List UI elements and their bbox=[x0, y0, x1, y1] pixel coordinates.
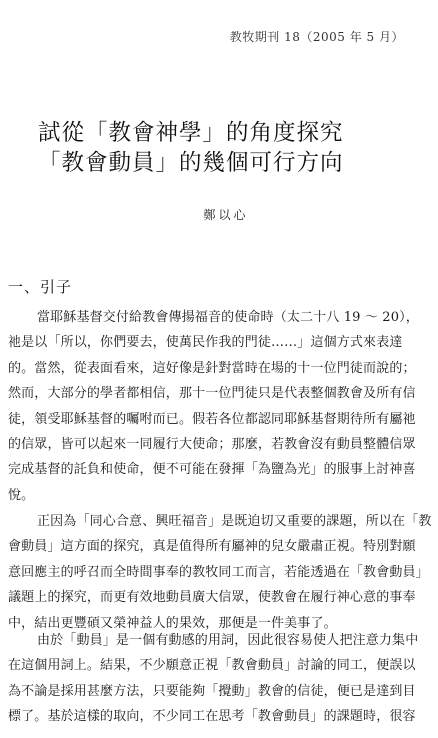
text-line: 當耶穌基督交付給教會傳揚福音的使命時（太二十八 19 ～ 20）， bbox=[8, 305, 408, 330]
author-name: 鄭以心 bbox=[0, 206, 438, 223]
paragraph-3: 由於「動員」是一個有動感的用詞，因此很容易使人把注意力集中 在這個用詞上。結果，… bbox=[8, 628, 408, 730]
text-line: 的。當然，從表面看來，這好像是針對當時在場的十一位門徒而說的； bbox=[8, 356, 408, 381]
text-line: 然而，大部分的學者都相信，那十一位門徒只是代表整個教會及所有信 bbox=[8, 381, 408, 406]
text-line: 正因為「同心合意、興旺福音」是既迫切又重要的課題，所以在「教 bbox=[8, 509, 408, 534]
title-line-2: 「教會動員」的幾個可行方向 bbox=[38, 148, 418, 178]
text-line: 意回應主的呼召而全時間事奉的教牧同工而言，若能透過在「教會動員」 bbox=[8, 560, 408, 585]
paragraph-2: 正因為「同心合意、興旺福音」是既迫切又重要的課題，所以在「教 會動員」這方面的探… bbox=[8, 509, 408, 636]
journal-header: 教牧期刊 18（2005 年 5 月） bbox=[230, 28, 404, 45]
section-heading: 一、引子 bbox=[8, 276, 72, 297]
text-line: 悅。 bbox=[8, 483, 408, 508]
text-line: 為不論是採用甚麼方法，只要能夠「攪動」教會的信徒，便已是達到目 bbox=[8, 679, 408, 704]
text-line: 在這個用詞上。結果，不少願意正視「教會動員」討論的同工，便誤以 bbox=[8, 653, 408, 678]
title-line-1: 試從「教會神學」的角度探究 bbox=[38, 118, 418, 148]
text-line: 議題上的探究，而更有效地動員廣大信眾，使教會在履行神心意的事奉 bbox=[8, 585, 408, 610]
text-line: 會動員」這方面的探究，真是值得所有屬神的兒女嚴肅正視。特別對願 bbox=[8, 534, 408, 559]
text-line: 由於「動員」是一個有動感的用詞，因此很容易使人把注意力集中 bbox=[8, 628, 408, 653]
text-line: 標了。基於這樣的取向，不少同工在思考「教會動員」的課題時，很容 bbox=[8, 704, 408, 729]
text-line: 的信眾，皆可以起來一同履行大使命；那麼，若教會沒有動員整體信眾 bbox=[8, 432, 408, 457]
text-line: 完成基督的託負和使命，便不可能在發揮「為鹽為光」的服事上討神喜 bbox=[8, 457, 408, 482]
text-line: 徒，領受耶穌基督的囑咐而已。假若各位都認同耶穌基督期待所有屬祂 bbox=[8, 407, 408, 432]
paragraph-1: 當耶穌基督交付給教會傳揚福音的使命時（太二十八 19 ～ 20）， 祂是以「所以… bbox=[8, 305, 408, 508]
text-line: 祂是以「所以，你們要去，使萬民作我的門徒……」這個方式來表達 bbox=[8, 330, 408, 355]
article-title: 試從「教會神學」的角度探究 「教會動員」的幾個可行方向 bbox=[38, 118, 418, 178]
